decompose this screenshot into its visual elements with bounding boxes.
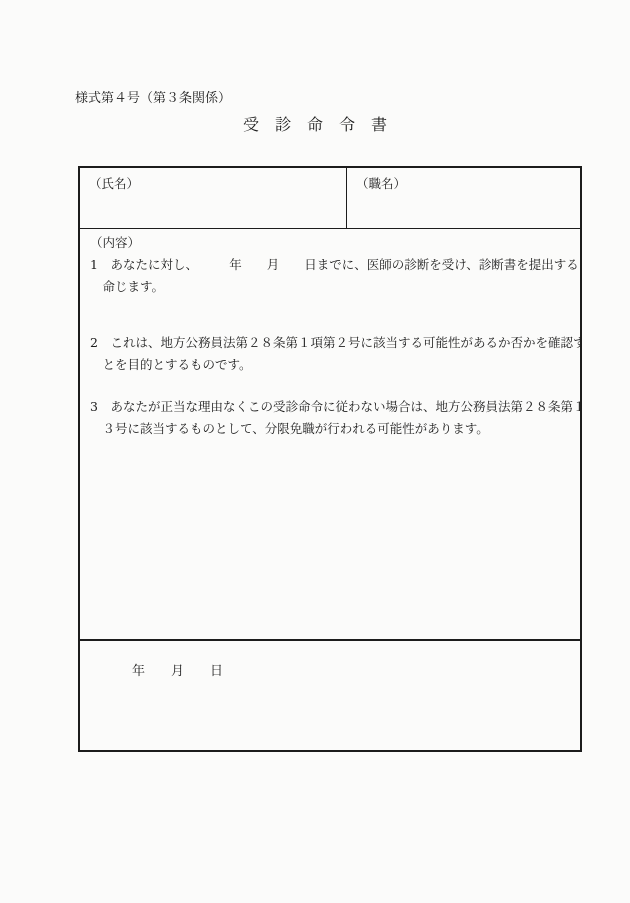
form-number: 様式第４号（第３条関係） (75, 87, 231, 106)
position-label: （職名） (356, 176, 406, 191)
order-item-1: 1 あなたに対し、 年 月 日までに、医師の診断を受け、診断書を提出するよう 命… (90, 254, 571, 298)
date-line: 年 月 日 (132, 664, 223, 679)
order-item-2-line-2: とを目的とするものです。 (90, 354, 571, 376)
order-item-3-line-2: ３号に該当するものとして、分限免職が行われる可能性があります。 (90, 418, 571, 440)
order-table: （氏名） （職名） （内容） 1 あなたに対し、 年 月 日までに、医師の診断を… (78, 166, 582, 752)
content-cell: （内容） 1 あなたに対し、 年 月 日までに、医師の診断を受け、診断書を提出す… (80, 229, 580, 641)
position-fill-area (356, 192, 571, 212)
page-title: 受 診 命 令 書 (0, 112, 630, 135)
header-row: （氏名） （職名） (80, 168, 580, 229)
order-item-2: 2 これは、地方公務員法第２８条第１項第２号に該当する可能性があるか否かを確認す… (90, 332, 571, 376)
footer-cell: 年 月 日 (80, 641, 580, 750)
name-cell: （氏名） (80, 168, 347, 228)
order-item-1-line-1: 1 あなたに対し、 年 月 日までに、医師の診断を受け、診断書を提出するよう (90, 254, 571, 276)
name-label: （氏名） (89, 176, 139, 191)
content-label: （内容） (90, 232, 571, 254)
position-cell: （職名） (347, 168, 580, 228)
name-fill-area (89, 192, 337, 212)
order-item-1-line-2: 命じます。 (90, 276, 571, 298)
document-page: 様式第４号（第３条関係） 受 診 命 令 書 （氏名） （職名） （内容） 1 … (0, 0, 630, 903)
order-item-3-line-1: 3 あなたが正当な理由なくこの受診命令に従わない場合は、地方公務員法第２８条第１… (90, 396, 571, 418)
order-item-2-line-1: 2 これは、地方公務員法第２８条第１項第２号に該当する可能性があるか否かを確認す… (90, 332, 571, 354)
order-item-3: 3 あなたが正当な理由なくこの受診命令に従わない場合は、地方公務員法第２８条第１… (90, 396, 571, 440)
